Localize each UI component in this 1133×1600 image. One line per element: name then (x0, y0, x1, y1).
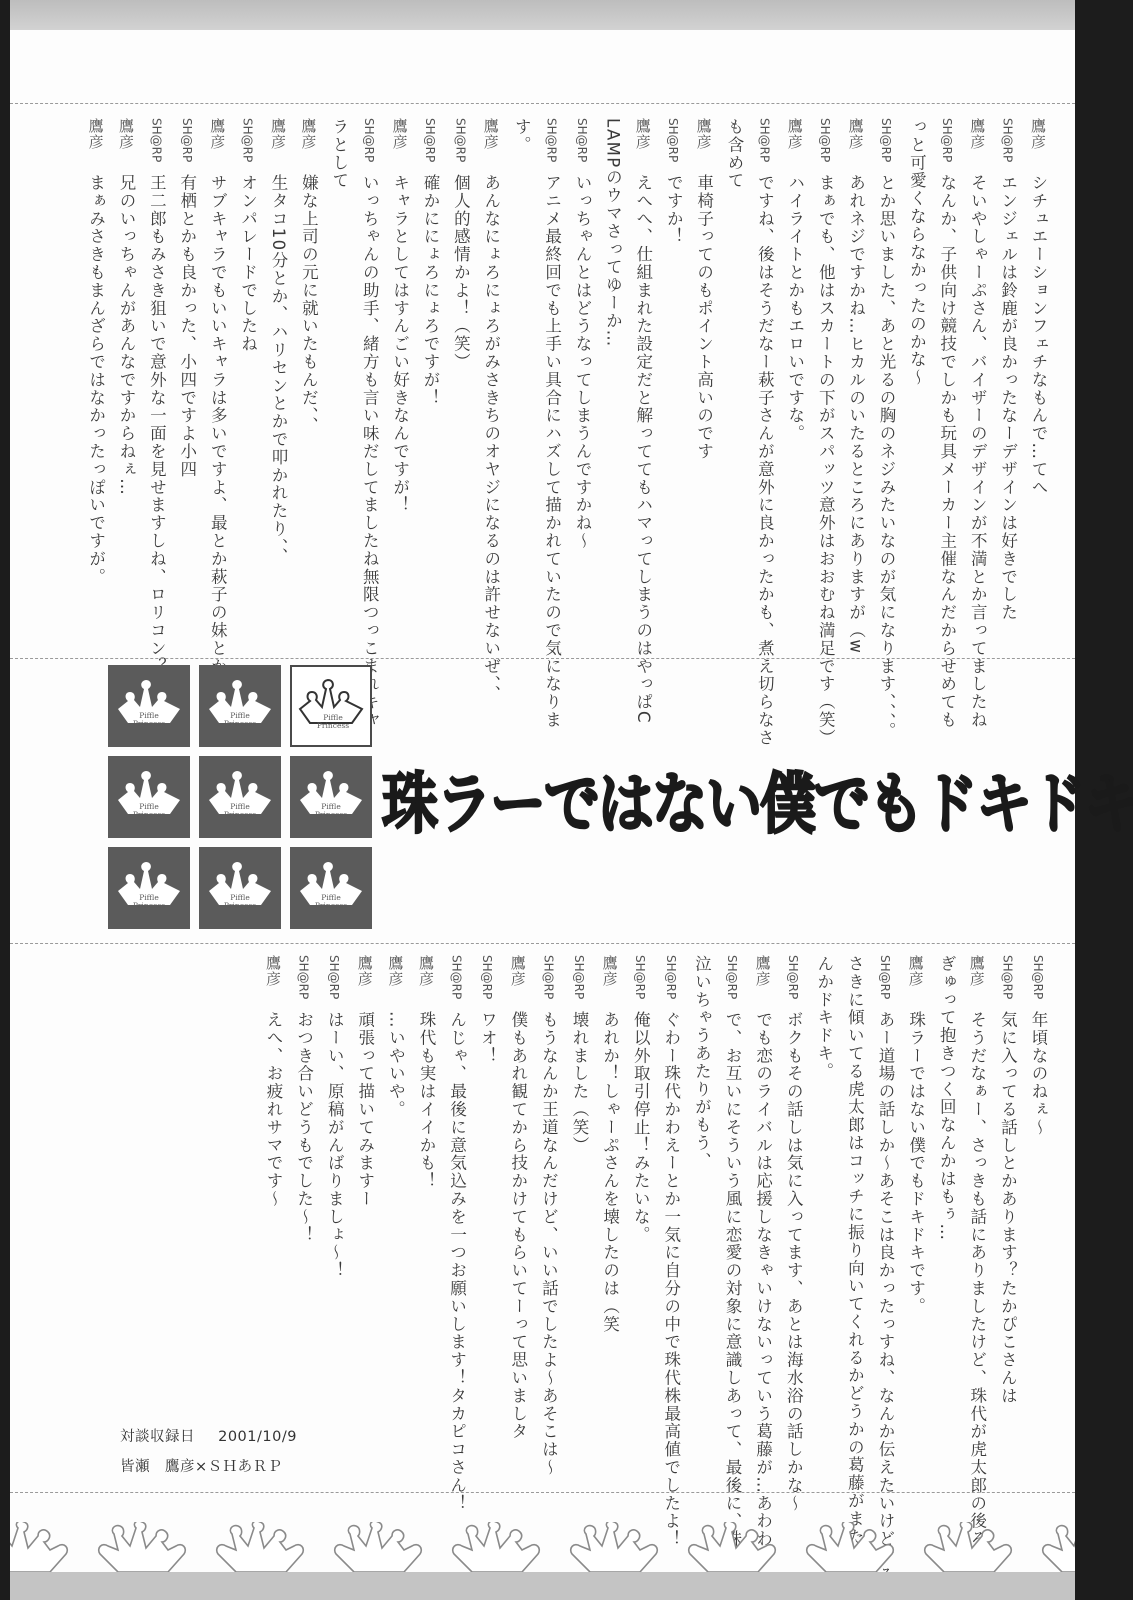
recording-date-label: 対談収録日 (120, 1429, 195, 1445)
speaker-name: 鷹彦 (846, 118, 866, 164)
speaker-name: 鷹彦 (116, 118, 136, 164)
crown-icon (199, 665, 281, 747)
crown-border-decoration (10, 1522, 1075, 1572)
speaker-name: SH@RP (324, 955, 344, 1001)
dialog-text: アニメ最終回でも上手い具合にハズして描かれていたので気になりま (543, 174, 562, 729)
speaker-name: SH@RP (538, 955, 558, 1001)
dialog-text: シチュエーションフェチなもんで…てへ (1029, 174, 1048, 496)
dialog-text: 俺以外取引停止！みたいな。 (631, 1011, 650, 1244)
dialog-line: SH@RPいっちゃんの助手、緒方も言い味だしてましたね無限つっこまれキャ (359, 118, 379, 729)
dialog-text: 珠代も実はイイかも！ (417, 1011, 436, 1190)
dialog-text: LAMPのウマさってゆーか… (603, 118, 622, 348)
dialog-text: んかドキドキ。 (815, 955, 834, 1080)
dialog-text: ワオ！ (478, 1011, 497, 1065)
dialog-line: SH@RPあー道場の話しか～あそこは良かったっすね、なんか伝えたいけど、み (875, 955, 895, 1584)
dialog-text: ぎゅって抱きつく回なんかはもぅ… (937, 955, 956, 1241)
divider-middle-bottom (10, 943, 1075, 944)
dialog-text: あれネジですかね…ヒカルのいたるところにありますが（w (847, 174, 866, 654)
logo-tile: PifflePrincess (199, 665, 281, 747)
dialog-text: とか思いました、あと光るの胸のネジみたいなのが気になります、、、。 (877, 174, 896, 740)
dialog-text: …いやいや。 (386, 1011, 405, 1118)
logo-label-line2: Princess (199, 720, 281, 728)
speaker-name: SH@RP (420, 118, 440, 164)
dialog-line: 鷹彦えへへ、仕組まれた設定だと解っててもハマってしまうのはやっぱC (633, 118, 653, 724)
speaker-name: SH@RP (177, 118, 197, 164)
dialog-line: 鷹彦シチュエーションフェチなもんで…てへ (1028, 118, 1048, 496)
dialog-line: 鷹彦ハイライトとかもエロいですな。 (785, 118, 805, 443)
speaker-name: 鷹彦 (263, 955, 283, 1001)
dialog-line: 泣いちゃうあたりがもう、 (691, 955, 711, 1170)
logo-label-line2: Princess (290, 811, 372, 819)
logo-label: PifflePrincess (199, 803, 281, 819)
dialog-line: SH@RP王二郎もみさき狙いで意外な一面を見せますしね、ロリコン？ (146, 118, 166, 675)
dialog-line: SH@RPアニメ最終回でも上手い具合にハズして描かれていたので気になりま (542, 118, 562, 729)
dialog-text: ハイライトとかもエロいですな。 (786, 174, 805, 443)
speaker-name: 鷹彦 (385, 955, 405, 1001)
scan-top-edge (10, 0, 1075, 30)
speaker-name: SH@RP (572, 118, 592, 164)
speaker-name: 鷹彦 (1028, 118, 1048, 164)
speaker-name: SH@RP (663, 118, 683, 164)
dialog-text: 壊れました（笑） (570, 1011, 589, 1154)
logo-label-line2: Princess (292, 722, 374, 730)
dialog-line: SH@RPですね、後はそうだなー萩子さんが意外に良かったかも、煮え切らなさ (754, 118, 774, 747)
dialog-line: 鷹彦車椅子ってのもポイント高いのです (694, 118, 714, 460)
speaker-name: 鷹彦 (967, 955, 987, 1001)
crown-icon (290, 847, 372, 929)
dialog-text: 嫌な上司の元に就いたもんだ、、 (299, 174, 318, 434)
logo-label-line2: Princess (199, 902, 281, 910)
document-page: 鷹彦シチュエーションフェチなもんで…てへSH@RPエンジェルは鈴鹿が良かったなー… (10, 0, 1075, 1600)
logo-label: PifflePrincess (199, 712, 281, 728)
logo-tile: PifflePrincess (199, 756, 281, 838)
divider-bottom (10, 1492, 1075, 1493)
dialog-line: 鷹彦あれか！しゃーぷさんを壊したのは（笑 (600, 955, 620, 1333)
dialog-text: いっちゃんの助手、緒方も言い味だしてましたね無限つっこまれキャ (360, 174, 379, 729)
crown-icon (199, 847, 281, 929)
speaker-name: SH@RP (569, 955, 589, 1001)
headline: 珠ラーではない僕でもドキドキです。 (382, 752, 1082, 846)
dialog-text: 確かににょろにょろですが！ (421, 174, 440, 407)
dialog-line: SH@RP壊れました（笑） (569, 955, 589, 1154)
crown-outline-icon (10, 1522, 67, 1572)
dialog-line: 鷹彦頑張って描いてみますー (355, 955, 375, 1208)
dialog-text: キャラとしてはすんごい好きなんですが！ (391, 174, 410, 514)
speaker-name: 鷹彦 (508, 955, 528, 1001)
crown-icon (292, 667, 374, 749)
speaker-name: SH@RP (876, 118, 896, 164)
dialog-line: 鷹彦僕もあれ観てから技かけてもらいてーって思いましタ (508, 955, 528, 1441)
dialog-line: っと可愛くならなかったのかな～ (906, 118, 926, 387)
dialog-text: 泣いちゃうあたりがもう、 (692, 955, 711, 1170)
speaker-name: SH@RP (997, 955, 1017, 1001)
dialog-line: SH@RP個人的感情かよ！（笑） (450, 118, 470, 371)
speaker-name: SH@RP (722, 955, 742, 1001)
dialog-text: ぐわー珠代かわえーとか一気に自分の中で珠代株最高値でしたよ！ (662, 1011, 681, 1548)
dialog-text: 王二郎もみさき狙いで意外な一面を見せますしね、ロリコン？ (147, 174, 166, 675)
speaker-name: SH@RP (359, 118, 379, 164)
speaker-name: SH@RP (754, 118, 774, 164)
logo-label: PifflePrincess (292, 714, 374, 730)
recording-date-value: 2001/10/9 (218, 1429, 297, 1445)
speaker-name: SH@RP (477, 955, 497, 1001)
dialog-line: SH@RPで、お互いにそういう風に恋愛の対象に意識しあって、最後に、珠代が (722, 955, 742, 1584)
crown-icon (108, 847, 190, 929)
logo-label: PifflePrincess (290, 894, 372, 910)
dialog-text: あー道場の話しか～あそこは良かったっすね、なんか伝えたいけど、み (876, 1011, 895, 1584)
dialog-text: 車椅子ってのもポイント高いのです (695, 174, 714, 460)
speaker-name: SH@RP (661, 955, 681, 1001)
dialog-line: SH@RP俺以外取引停止！みたいな。 (630, 955, 650, 1244)
dialog-line: 鷹彦あんなにょろにょろがみさきちのオヤジになるのは許せないぜ、、 (481, 118, 501, 703)
crown-outline-icon (925, 1522, 1012, 1572)
speaker-name: SH@RP (294, 955, 314, 1001)
logo-label: PifflePrincess (290, 803, 372, 819)
speaker-name: 鷹彦 (967, 118, 987, 164)
dialog-line: SH@RPはーい、原稿がんばりましょ～！ (324, 955, 344, 1280)
speaker-name: 鷹彦 (390, 118, 410, 164)
dialog-line: SH@RPボクもその話しは気に入ってます、あとは海水浴の話しかな～ (783, 955, 803, 1512)
speaker-name: 鷹彦 (268, 118, 288, 164)
dialog-line: 鷹彦でも恋のライバルは応援しなきゃいけないっていう葛藤が…あわわ。 (753, 955, 773, 1566)
dialog-text: 兄のいっちゃんがあんなですからねぇ… (117, 174, 136, 496)
speaker-name: 鷹彦 (753, 955, 773, 1001)
speaker-name: SH@RP (238, 118, 258, 164)
dialog-line: SH@RPおつき合いどうもでした～！ (294, 955, 314, 1244)
dialog-line: SH@RPとか思いました、あと光るの胸のネジみたいなのが気になります、、、。 (876, 118, 896, 740)
dialog-text: も含めて (725, 118, 744, 190)
dialog-line: も含めて (724, 118, 744, 190)
dialog-text: っと可愛くならなかったのかな～ (907, 118, 926, 387)
dialog-line: SH@RP有栖とかも良かった、小四ですよ小四 (177, 118, 197, 478)
dialog-text: そうだなぁー、さっきも話にありましたけど、珠代が虎太郎の後ろから (968, 1011, 987, 1584)
speaker-name: SH@RP (998, 118, 1018, 164)
speaker-name: 鷹彦 (785, 118, 805, 164)
logo-tile: PifflePrincess (290, 756, 372, 838)
dialog-line: 鷹彦珠代も実はイイかも！ (416, 955, 436, 1190)
dialog-text: まぁみさきもまんざらではなかったっぽいですが。 (87, 174, 106, 586)
speaker-name: 鷹彦 (416, 955, 436, 1001)
logo-tile: PifflePrincess (199, 847, 281, 929)
dialog-text: さきに傾いてる虎太郎はコッチに振り向いてくれるかどうかの葛藤がまたな (845, 955, 864, 1564)
dialog-text: 僕もあれ観てから技かけてもらいてーって思いましタ (509, 1011, 528, 1441)
dialog-line: 鷹彦サブキャラでもいいキャラは多いですよ、最とか萩子の妹とか。 (207, 118, 227, 693)
logo-label-line2: Princess (108, 811, 190, 819)
dialog-line: んかドキドキ。 (814, 955, 834, 1080)
logo-tile: PifflePrincess (290, 847, 372, 929)
crown-outline-icon (571, 1522, 658, 1572)
dialog-line: SH@RPもうなんか王道なんだけど、いい話でしたよ～あそこは～ (538, 955, 558, 1476)
crown-outline-icon (453, 1522, 540, 1572)
dialog-line: SH@RPんじゃ、最後に意気込みを一つお願いします！タカピコさん！ (447, 955, 467, 1512)
speaker-name: 鷹彦 (355, 955, 375, 1001)
speaker-name: 鷹彦 (694, 118, 714, 164)
dialog-text: オンパレードでしたね (239, 174, 258, 353)
dialog-text: えへ、お疲れサマです～ (264, 1011, 283, 1208)
dialog-line: 鷹彦兄のいっちゃんがあんなですからねぇ… (116, 118, 136, 496)
dialog-text: ラとして (330, 118, 349, 190)
logo-tile: PifflePrincess (290, 665, 372, 747)
dialog-line: 鷹彦…いやいや。 (385, 955, 405, 1118)
speaker-name: 鷹彦 (481, 118, 501, 164)
dialog-text: まぁでも、他はスカートの下がスパッツ意外はおおむね満足です（笑） (816, 174, 835, 747)
dialog-line: さきに傾いてる虎太郎はコッチに振り向いてくれるかどうかの葛藤がまたな (844, 955, 864, 1564)
dialog-line: SH@RPなんか、子供向け競技でしかも玩具メーカー主催なんだからせめても (937, 118, 957, 729)
dialog-text: なんか、子供向け競技でしかも玩具メーカー主催なんだからせめても (938, 174, 957, 729)
dialog-line: SH@RPですか！ (663, 118, 683, 246)
speaker-name: SH@RP (450, 118, 470, 164)
speaker-name: 鷹彦 (633, 118, 653, 164)
dialog-text: 生タコ10分とか、ハリセンとかで叩かれたり、、 (269, 174, 288, 565)
dialog-line: 鷹彦そうだなぁー、さっきも話にありましたけど、珠代が虎太郎の後ろから (967, 955, 987, 1584)
upper-dialog-section: 鷹彦シチュエーションフェチなもんで…てへSH@RPエンジェルは鈴鹿が良かったなー… (10, 118, 1075, 638)
speaker-name: SH@RP (783, 955, 803, 1001)
dialog-line: 鷹彦あれネジですかね…ヒカルのいたるところにありますが（w (846, 118, 866, 654)
logo-tile: PifflePrincess (108, 847, 190, 929)
dialog-line: 鷹彦生タコ10分とか、ハリセンとかで叩かれたり、、 (268, 118, 288, 565)
dialog-text: もうなんか王道なんだけど、いい話でしたよ～あそこは～ (539, 1011, 558, 1476)
dialog-line: SH@RPまぁでも、他はスカートの下がスパッツ意外はおおむね満足です（笑） (815, 118, 835, 747)
speaker-name: SH@RP (447, 955, 467, 1001)
speaker-name: SH@RP (875, 955, 895, 1001)
recording-date: 対談収録日 2001/10/9 (120, 1425, 297, 1446)
crown-icon (290, 756, 372, 838)
speaker-name: SH@RP (630, 955, 650, 1001)
dialog-text: あんなにょろにょろがみさきちのオヤジになるのは許せないぜ、、 (482, 174, 501, 703)
dialog-text: 頑張って描いてみますー (356, 1011, 375, 1208)
dialog-line: SH@RP気に入ってる話しとかあります？たかぴこさんは (997, 955, 1017, 1405)
dialog-text: 年頃なのねぇ～ (1029, 1011, 1048, 1136)
logo-label-line2: Princess (108, 902, 190, 910)
dialog-line: SH@RPオンパレードでしたね (238, 118, 258, 353)
speaker-name: 鷹彦 (600, 955, 620, 1001)
dialog-text: サブキャラでもいいキャラは多いですよ、最とか萩子の妹とか。 (208, 174, 227, 693)
lower-dialog-section: SH@RP年頃なのねぇ～SH@RP気に入ってる話しとかあります？たかぴこさんは鷹… (10, 955, 1075, 1475)
dialog-text: す。 (512, 118, 531, 154)
speaker-name: SH@RP (815, 118, 835, 164)
dialog-line: SH@RPぐわー珠代かわえーとか一気に自分の中で珠代株最高値でしたよ！ (661, 955, 681, 1548)
divider-top (10, 103, 1075, 104)
speaker-name: 鷹彦 (86, 118, 106, 164)
crown-outline-icon (217, 1522, 304, 1572)
dialog-line: 鷹彦キャラとしてはすんごい好きなんですが！ (390, 118, 410, 514)
dialog-line: SH@RP年頃なのねぇ～ (1028, 955, 1048, 1136)
logo-label: PifflePrincess (108, 894, 190, 910)
dialog-line: SH@RPいっちゃんとはどうなってしまうんですかね～ (572, 118, 592, 550)
dialog-text: ですね、後はそうだなー萩子さんが意外に良かったかも、煮え切らなさ (755, 174, 774, 747)
dialog-line: LAMPのウマさってゆーか… (602, 118, 622, 348)
logo-label: PifflePrincess (108, 712, 190, 728)
dialog-line: SH@RPワオ！ (477, 955, 497, 1065)
dialog-text: いっちゃんとはどうなってしまうんですかね～ (573, 174, 592, 550)
speaker-name: SH@RP (937, 118, 957, 164)
logo-tile: PifflePrincess (108, 665, 190, 747)
logo-label-line2: Princess (290, 902, 372, 910)
piffle-princess-logo-grid: PifflePrincessPifflePrincessPifflePrince… (108, 665, 372, 929)
logo-label: PifflePrincess (108, 803, 190, 819)
crown-outline-icon (1043, 1522, 1075, 1572)
crown-icon (108, 665, 190, 747)
dialog-line: ラとして (329, 118, 349, 190)
speaker-name: 鷹彦 (906, 955, 926, 1001)
dialog-text: でも恋のライバルは応援しなきゃいけないっていう葛藤が…あわわ。 (754, 1011, 773, 1566)
dialog-line: SH@RP確かににょろにょろですが！ (420, 118, 440, 407)
crown-outline-icon (99, 1522, 186, 1572)
dialog-text: 気に入ってる話しとかあります？たかぴこさんは (998, 1011, 1017, 1405)
dialog-text: えへへ、仕組まれた設定だと解っててもハマってしまうのはやっぱC (634, 174, 653, 724)
dialog-line: 鷹彦珠ラーではない僕でもドキドキです。 (906, 955, 926, 1315)
dialog-text: 珠ラーではない僕でもドキドキです。 (907, 1011, 926, 1315)
logo-tile: PifflePrincess (108, 756, 190, 838)
dialog-text: エンジェルは鈴鹿が良かったなーデザインは好きでした (999, 174, 1018, 622)
dialog-text: で、お互いにそういう風に恋愛の対象に意識しあって、最後に、珠代が (723, 1011, 742, 1584)
dialog-text: そいやしゃーぷさん、バイザーのデザインが不満とか言ってましたね (968, 174, 987, 729)
dialog-line: 鷹彦まぁみさきもまんざらではなかったっぽいですが。 (86, 118, 106, 586)
dialog-line: ぎゅって抱きつく回なんかはもぅ… (936, 955, 956, 1241)
speaker-name: SH@RP (542, 118, 562, 164)
dialog-text: はーい、原稿がんばりましょ～！ (325, 1011, 344, 1280)
scan-bottom-edge (10, 1572, 1075, 1600)
speaker-name: 鷹彦 (298, 118, 318, 164)
dialog-text: 個人的感情かよ！（笑） (451, 174, 470, 371)
divider-middle-top (10, 658, 1075, 659)
crown-outline-icon (689, 1522, 776, 1572)
logo-label: PifflePrincess (199, 894, 281, 910)
participants: 皆瀬 鷹彦×ＳＨあＲＰ (120, 1455, 283, 1476)
logo-label-line2: Princess (199, 811, 281, 819)
dialog-line: す。 (511, 118, 531, 154)
dialog-text: ですか！ (664, 174, 683, 246)
dialog-line: 鷹彦そいやしゃーぷさん、バイザーのデザインが不満とか言ってましたね (967, 118, 987, 729)
crown-outline-icon (335, 1522, 422, 1572)
dialog-text: おつき合いどうもでした～！ (295, 1011, 314, 1244)
crown-icon (199, 756, 281, 838)
speaker-name: 鷹彦 (207, 118, 227, 164)
dialog-text: あれか！しゃーぷさんを壊したのは（笑 (601, 1011, 620, 1333)
crown-icon (108, 756, 190, 838)
speaker-name: SH@RP (146, 118, 166, 164)
dialog-line: SH@RPエンジェルは鈴鹿が良かったなーデザインは好きでした (998, 118, 1018, 622)
dialog-text: んじゃ、最後に意気込みを一つお願いします！タカピコさん！ (448, 1011, 467, 1512)
dialog-line: 鷹彦えへ、お疲れサマです～ (263, 955, 283, 1208)
crown-outline-icon (807, 1522, 894, 1572)
dialog-text: ボクもその話しは気に入ってます、あとは海水浴の話しかな～ (784, 1011, 803, 1512)
dialog-line: 鷹彦嫌な上司の元に就いたもんだ、、 (298, 118, 318, 434)
dialog-text: 有栖とかも良かった、小四ですよ小四 (178, 174, 197, 478)
speaker-name: SH@RP (1028, 955, 1048, 1001)
logo-label-line2: Princess (108, 720, 190, 728)
